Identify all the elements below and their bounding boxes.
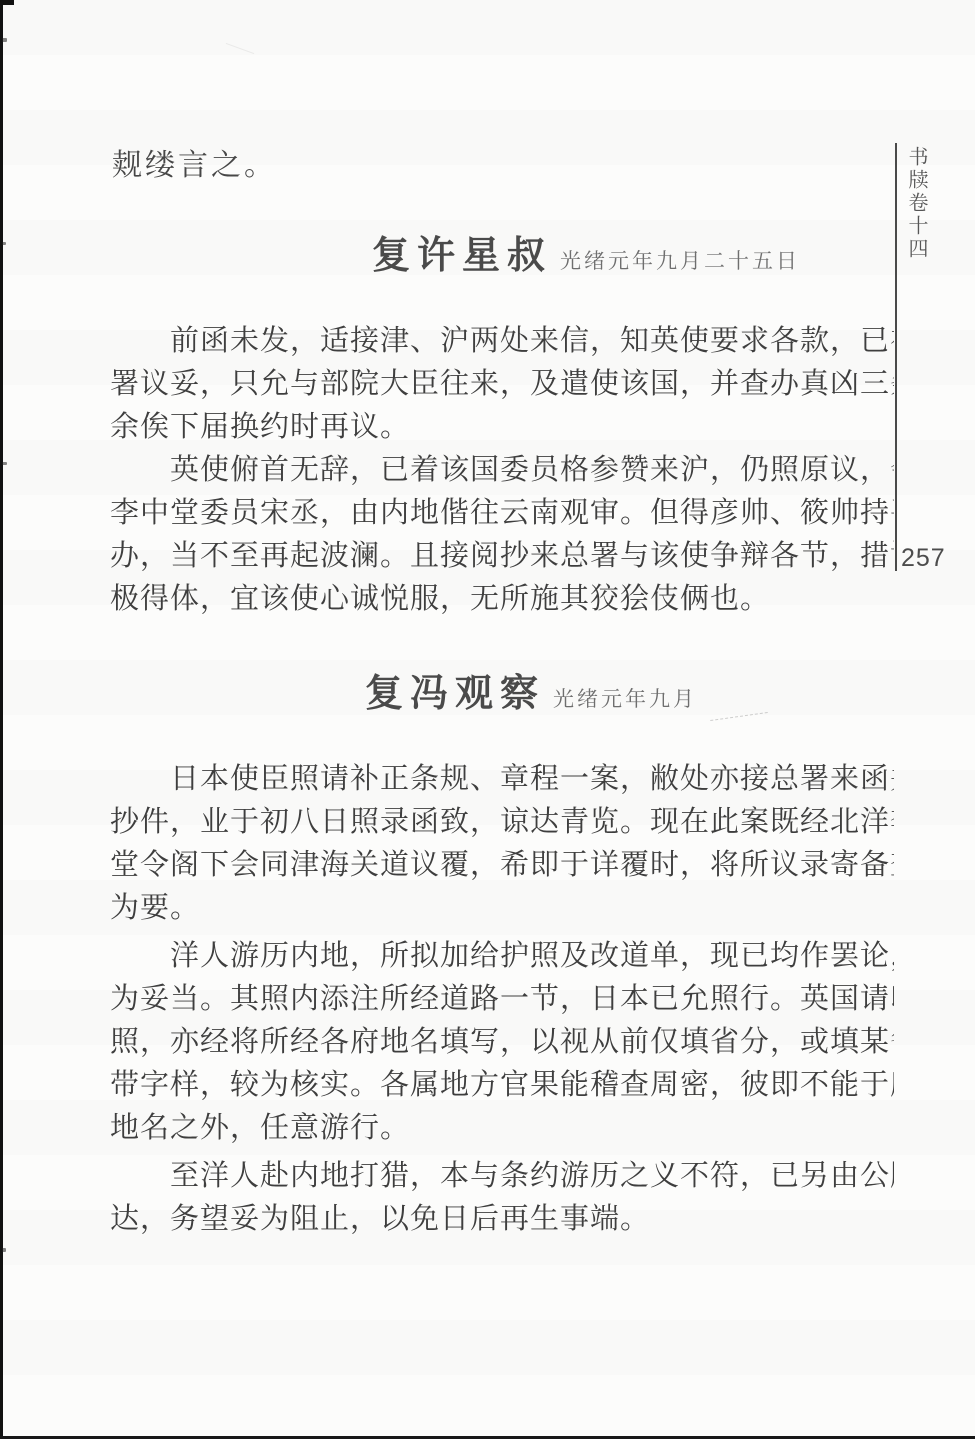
scan-edge-left — [0, 0, 3, 1439]
scan-speck — [2, 242, 6, 245]
text-line: 为要。 — [110, 887, 894, 930]
letter-paragraph: 英使俯首无辞，已着该国委员格参赞来沪，仍照原议，会同李中堂委员宋丞，由内地偕往云… — [110, 449, 894, 621]
text-line: 洋人游历内地，所拟加给护照及改道单，现已均作罢论，最 — [110, 935, 894, 978]
text-line: 至洋人赴内地打猎，本与条约游历之义不符，已另由公牍转 — [110, 1155, 894, 1198]
text-line: 为妥当。其照内添注所经道路一节，日本已允照行。英国请印执 — [110, 978, 894, 1021]
scan-speck — [2, 462, 7, 465]
scanned-book-page: 觌缕言之。 复许星叔光绪元年九月二十五日 前函未发，适接津、沪两处来信，知英使要… — [0, 0, 975, 1439]
scan-speck — [2, 38, 7, 42]
scan-smudge — [226, 43, 255, 54]
text-line: 照，亦经将所经各府地名填写，以视从前仅填省分，或填某省一 — [110, 1021, 894, 1064]
text-line: 地名之外，任意游行。 — [110, 1107, 894, 1150]
letter-paragraph: 洋人游历内地，所拟加给护照及改道单，现已均作罢论，最为妥当。其照内添注所经道路一… — [110, 935, 894, 1150]
letter-date: 光绪元年九月 — [553, 687, 697, 711]
opening-line: 觌缕言之。 — [112, 140, 277, 184]
scan-corner-mark — [0, 0, 14, 5]
margin-rule — [895, 143, 897, 571]
text-line: 署议妥，只允与部院大臣往来，及遣使该国，并查办真凶三条， — [110, 363, 894, 406]
text-line: 带字样，较为核实。各属地方官果能稽查周密，彼即不能于所填 — [110, 1064, 894, 1107]
text-line: 英使俯首无辞，已着该国委员格参赞来沪，仍照原议，会同 — [110, 449, 894, 492]
text-line: 办，当不至再起波澜。且接阅抄来总署与该使争辩各节，措词均 — [110, 535, 894, 578]
scan-speck — [2, 1248, 6, 1252]
text-line: 堂令阁下会同津海关道议覆，希即于详覆时，将所议录寄备查 — [110, 844, 894, 887]
page-number: 257 — [901, 544, 946, 573]
text-line: 前函未发，适接津、沪两处来信，知英使要求各款，已在总 — [110, 320, 894, 363]
volume-header: 书牍卷十四 — [902, 146, 931, 261]
text-line: 极得体，宜该使心诚悦服，无所施其狡狯伎俩也。 — [110, 578, 894, 621]
text-line: 达，务望妥为阻止，以免日后再生事端。 — [110, 1198, 894, 1241]
text-line: 抄件，业于初八日照录函致，谅达青览。现在此案既经北洋李中 — [110, 801, 894, 844]
text-line: 日本使臣照请补正条规、章程一案，敝处亦接总署来函并各 — [110, 758, 894, 801]
text-line: 李中堂委员宋丞，由内地偕往云南观审。但得彦帅、筱帅持平审 — [110, 492, 894, 535]
letter-paragraph: 前函未发，适接津、沪两处来信，知英使要求各款，已在总署议妥，只允与部院大臣往来，… — [110, 320, 894, 449]
letter-date: 光绪元年九月二十五日 — [560, 249, 800, 273]
text-line: 余俟下届换约时再议。 — [110, 406, 894, 449]
letter-title: 复冯观察 — [365, 673, 545, 715]
letter-title: 复许星叔 — [372, 235, 552, 277]
letter-title-block: 复冯观察光绪元年九月 — [110, 662, 892, 717]
letter-paragraph: 日本使臣照请补正条规、章程一案，敝处亦接总署来函并各抄件，业于初八日照录函致，谅… — [110, 758, 894, 930]
letter-paragraph: 至洋人赴内地打猎，本与条约游历之义不符，已另由公牍转达，务望妥为阻止，以免日后再… — [110, 1155, 894, 1241]
letter-title-block: 复许星叔光绪元年九月二十五日 — [110, 224, 892, 279]
